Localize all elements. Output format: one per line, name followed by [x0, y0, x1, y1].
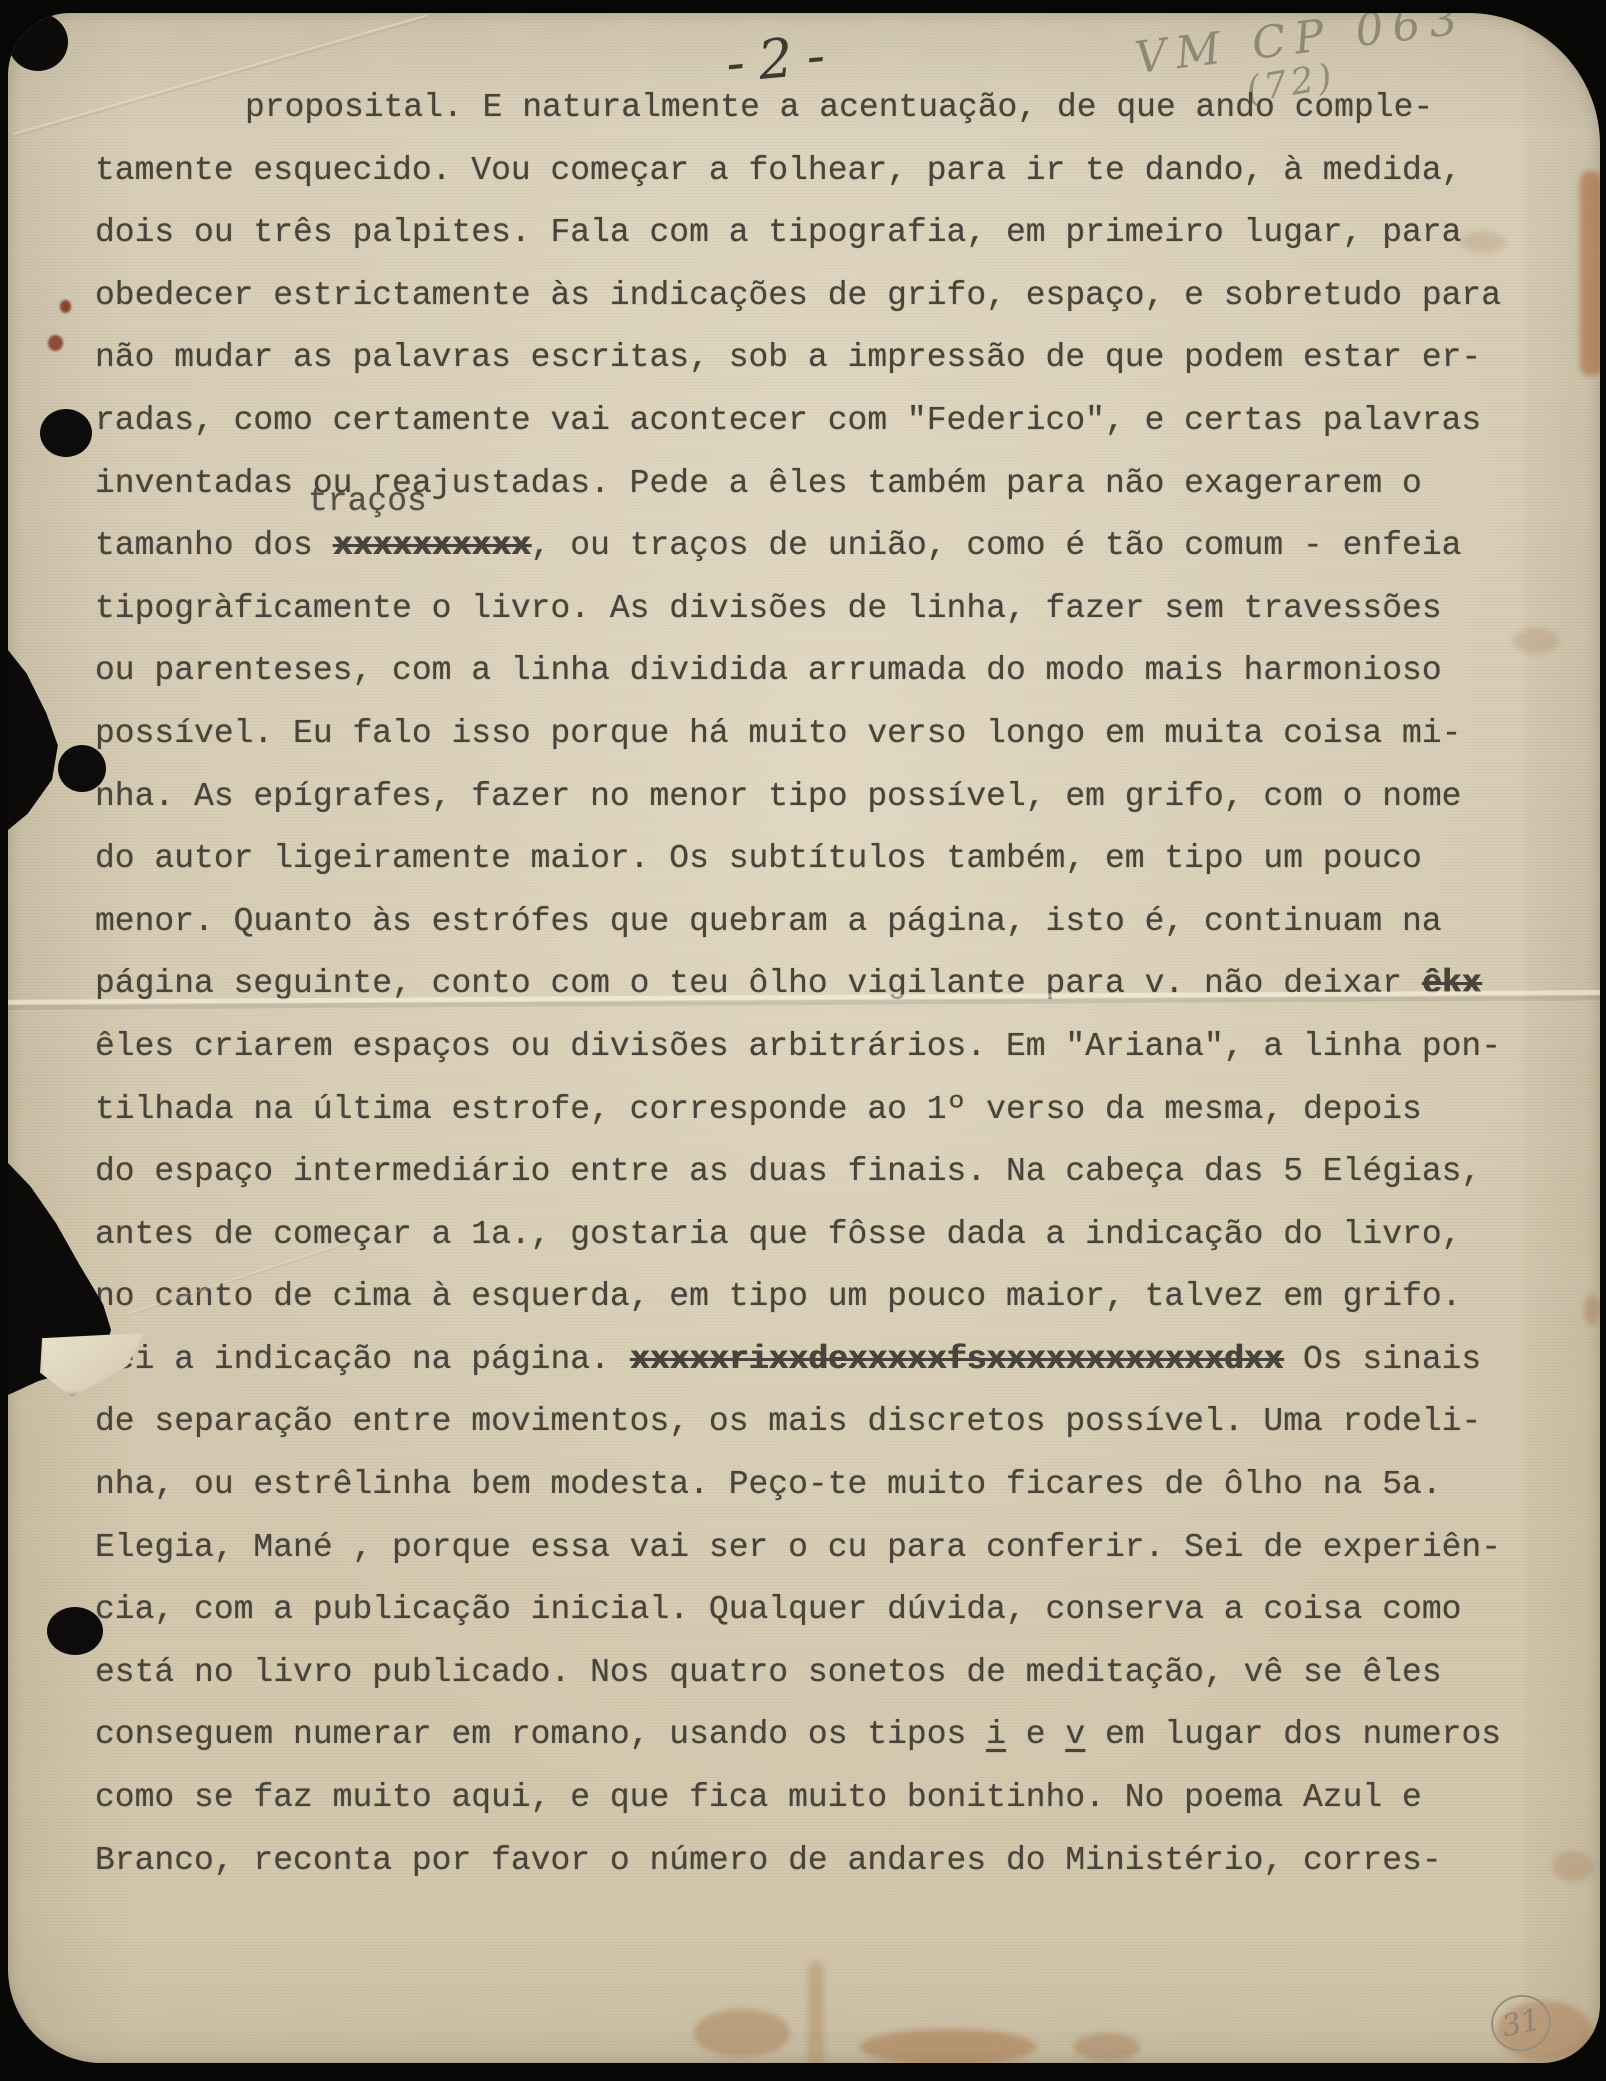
typed-line: tamente esquecido. Vou começar a folhear…: [95, 140, 1565, 203]
circled-sheet-number-value: 31: [1499, 2002, 1544, 2044]
stain: [1074, 2033, 1140, 2061]
typed-text: Dei a indicação na página.: [95, 1341, 630, 1378]
typed-line: Elegia, Mané , porque essa vai ser o cu …: [95, 1517, 1565, 1580]
typed-text: cia, com a publicação inicial. Qualquer …: [95, 1591, 1461, 1628]
punch-hole-torn: [8, 13, 68, 71]
typed-line: Branco, reconta por favor o número de an…: [95, 1830, 1565, 1893]
typed-text: tamente esquecido. Vou começar a folhear…: [95, 152, 1461, 189]
punch-hole-top: [40, 409, 92, 457]
typed-line: não mudar as palavras escritas, sob a im…: [95, 327, 1565, 390]
typed-text-block: proposital. E naturalmente a acentuação,…: [95, 77, 1565, 1892]
typed-line: do espaço intermediário entre as duas fi…: [95, 1141, 1565, 1204]
typed-line: está no livro publicado. Nos quatro sone…: [95, 1642, 1565, 1705]
typed-text: de separação entre movimentos, os mais d…: [95, 1403, 1481, 1440]
typed-text: êles criarem espaços ou divisões arbitrá…: [95, 1028, 1501, 1065]
typed-line: ou parenteses, com a linha dividida arru…: [95, 640, 1565, 703]
typed-line: tilhada na última estrofe, corresponde a…: [95, 1079, 1565, 1142]
typed-line: tipogràficamente o livro. As divisões de…: [95, 578, 1565, 641]
typed-text: conseguem numerar em romano, usando os t…: [95, 1716, 986, 1753]
interline-insertion: traços: [308, 483, 427, 520]
stain: [808, 1961, 824, 2063]
stain: [1584, 1295, 1600, 1325]
typed-line: dois ou três palpites. Fala com a tipogr…: [95, 202, 1565, 265]
punch-hole-middle: [58, 745, 106, 792]
typed-line: obedecer estrictamente às indicações de …: [95, 265, 1565, 328]
typed-line: êles criarem espaços ou divisões arbitrá…: [95, 1016, 1565, 1079]
struck-out-text: xxxxxrixxdexxxxxfsxxxxxxxxxxxxdxx: [630, 1341, 1284, 1378]
typed-text: do espaço intermediário entre as duas fi…: [95, 1153, 1481, 1190]
typed-text: nha, ou estrêlinha bem modesta. Peço-te …: [95, 1466, 1442, 1503]
typed-text: em lugar dos numeros: [1085, 1716, 1501, 1753]
scan-background: -2- VM CP 063 (72) proposital. E natural…: [0, 0, 1606, 2081]
typed-line: de separação entre movimentos, os mais d…: [95, 1391, 1565, 1454]
circled-sheet-number: 31: [1486, 1989, 1556, 2056]
typed-text: possível. Eu falo isso porque há muito v…: [95, 715, 1461, 752]
stain: [860, 2029, 1036, 2063]
stain: [48, 335, 63, 351]
typed-line: no canto de cima à esquerda, em tipo um …: [95, 1266, 1565, 1329]
typed-text: página seguinte, conto com o teu ôlho vi…: [95, 965, 1422, 1002]
typed-text: do autor ligeiramente maior. Os subtítul…: [95, 840, 1422, 877]
typed-line: Dei a indicação na página. xxxxxrixxdexx…: [95, 1329, 1565, 1392]
typed-text: e: [1006, 1716, 1065, 1753]
typed-line: página seguinte, conto com o teu ôlho vi…: [95, 953, 1565, 1016]
typed-text: tipogràficamente o livro. As divisões de…: [95, 590, 1442, 627]
typed-line: antes de começar a 1a., gostaria que fôs…: [95, 1204, 1565, 1267]
letter-page: -2- VM CP 063 (72) proposital. E natural…: [8, 13, 1600, 2063]
typed-text: está no livro publicado. Nos quatro sone…: [95, 1654, 1442, 1691]
typed-line: tamanho dos xxxxxxxxxx, ou traços de uni…: [95, 515, 1565, 578]
typed-line: cia, com a publicação inicial. Qualquer …: [95, 1579, 1565, 1642]
typed-line: como se faz muito aqui, e que fica muito…: [95, 1767, 1565, 1830]
typed-line: menor. Quanto às estrófes que quebram a …: [95, 891, 1565, 954]
struck-out-text: êkx: [1422, 965, 1481, 1002]
stain: [1580, 171, 1600, 376]
typed-text: , ou traços de união, como é tão comum -…: [531, 527, 1462, 564]
typed-text: tamanho dos: [95, 527, 333, 564]
typed-text: menor. Quanto às estrófes que quebram a …: [95, 903, 1442, 940]
typed-line: do autor ligeiramente maior. Os subtítul…: [95, 828, 1565, 891]
typed-line: possível. Eu falo isso porque há muito v…: [95, 703, 1565, 766]
underlined-text: v: [1065, 1716, 1085, 1753]
typed-line: nha. As epígrafes, fazer no menor tipo p…: [95, 766, 1565, 829]
typed-text: Branco, reconta por favor o número de an…: [95, 1842, 1442, 1879]
typed-line: nha, ou estrêlinha bem modesta. Peço-te …: [95, 1454, 1565, 1517]
typed-text: Elegia, Mané , porque essa vai ser o cu …: [95, 1529, 1501, 1566]
typed-text: dois ou três palpites. Fala com a tipogr…: [95, 214, 1461, 251]
typed-text: antes de começar a 1a., gostaria que fôs…: [95, 1216, 1461, 1253]
typed-text: no canto de cima à esquerda, em tipo um …: [95, 1278, 1461, 1315]
typed-text: ou parenteses, com a linha dividida arru…: [95, 652, 1442, 689]
typed-text: não mudar as palavras escritas, sob a im…: [95, 339, 1481, 376]
struck-out-text: xxxxxxxxxx: [333, 527, 531, 564]
typed-text: como se faz muito aqui, e que fica muito…: [95, 1779, 1422, 1816]
stain: [694, 2009, 790, 2057]
typed-text: obedecer estrictamente às indicações de …: [95, 277, 1501, 314]
torn-edge-middle: [8, 650, 66, 830]
typed-text: tilhada na última estrofe, corresponde a…: [95, 1091, 1422, 1128]
underlined-text: i: [986, 1716, 1006, 1753]
typed-text: Os sinais: [1283, 1341, 1481, 1378]
typed-text: inventadas ou reajustadas. Pede a êles t…: [95, 465, 1422, 502]
typed-line: conseguem numerar em romano, usando os t…: [95, 1704, 1565, 1767]
typed-line: radas, como certamente vai acontecer com…: [95, 390, 1565, 453]
typed-line: proposital. E naturalmente a acentuação,…: [95, 77, 1565, 140]
typed-text: proposital. E naturalmente a acentuação,…: [245, 89, 1433, 126]
typed-text: nha. As epígrafes, fazer no menor tipo p…: [95, 778, 1461, 815]
punch-hole-bottom: [47, 1607, 103, 1655]
stain: [60, 300, 71, 313]
typed-text: radas, como certamente vai acontecer com…: [95, 402, 1481, 439]
